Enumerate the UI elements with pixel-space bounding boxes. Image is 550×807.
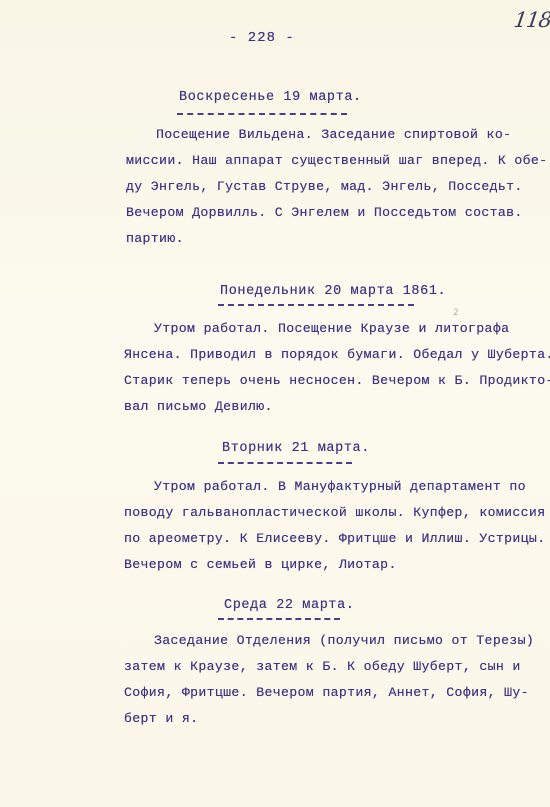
entry-body-sunday: Посещение Вильдена. Заседание спиртовой … (126, 122, 546, 252)
page-number: - 228 - (229, 30, 295, 46)
text-line: Утром работал. В Мануфактурный департаме… (124, 474, 544, 500)
text-line: Старик теперь очень несносен. Вечером к … (124, 368, 544, 394)
text-line: берт и я. (124, 706, 544, 732)
text-line: София, Фритцше. Вечером партия, Аннет, С… (124, 680, 544, 706)
entry-body-wednesday: Заседание Отделения (получил письмо от Т… (124, 628, 544, 732)
text-line: Янсена. Приводил в порядок бумаги. Обеда… (124, 342, 544, 368)
entry-heading-sunday: Воскресенье 19 марта. (179, 90, 362, 105)
text-line: ду Энгель, Густав Струве, мад. Энгель, П… (126, 174, 546, 200)
heading-underline (177, 113, 347, 115)
entry-body-monday: Утром работал. Посещение Краузе и литогр… (124, 316, 544, 420)
text-line: Утром работал. Посещение Краузе и литогр… (124, 316, 544, 342)
text-line: миссии. Наш аппарат существенный шаг впе… (126, 148, 546, 174)
text-line: поводу гальванопластической школы. Купфе… (124, 500, 544, 526)
entry-heading-wednesday: Среда 22 марта. (224, 598, 355, 613)
text-line: затем к Краузе, затем к Б. К обеду Шубер… (124, 654, 544, 680)
text-line: партию. (126, 226, 546, 252)
entry-heading-tuesday: Вторник 21 марта. (222, 441, 370, 456)
document-page: 118 - 228 - Воскресенье 19 марта. Посеще… (0, 0, 550, 807)
text-line: Заседание Отделения (получил письмо от Т… (124, 628, 544, 654)
entry-heading-monday: Понедельник 20 марта 1861. (220, 284, 446, 299)
heading-underline (218, 304, 414, 306)
text-line: Вечером с семьей в цирке, Лиотар. (124, 552, 544, 578)
folio-number: 118 (512, 8, 550, 32)
text-line: вал письмо Девилю. (124, 394, 544, 420)
text-line: по ареометру. К Елисееву. Фритцше и Илли… (124, 526, 544, 552)
heading-underline (218, 462, 352, 464)
pencil-mark: 2 (453, 308, 459, 318)
heading-underline (218, 618, 340, 620)
entry-body-tuesday: Утром работал. В Мануфактурный департаме… (124, 474, 544, 578)
text-line: Посещение Вильдена. Заседание спиртовой … (126, 122, 546, 148)
text-line: Вечером Дорвилль. С Энгелем и Посседьтом… (126, 200, 546, 226)
